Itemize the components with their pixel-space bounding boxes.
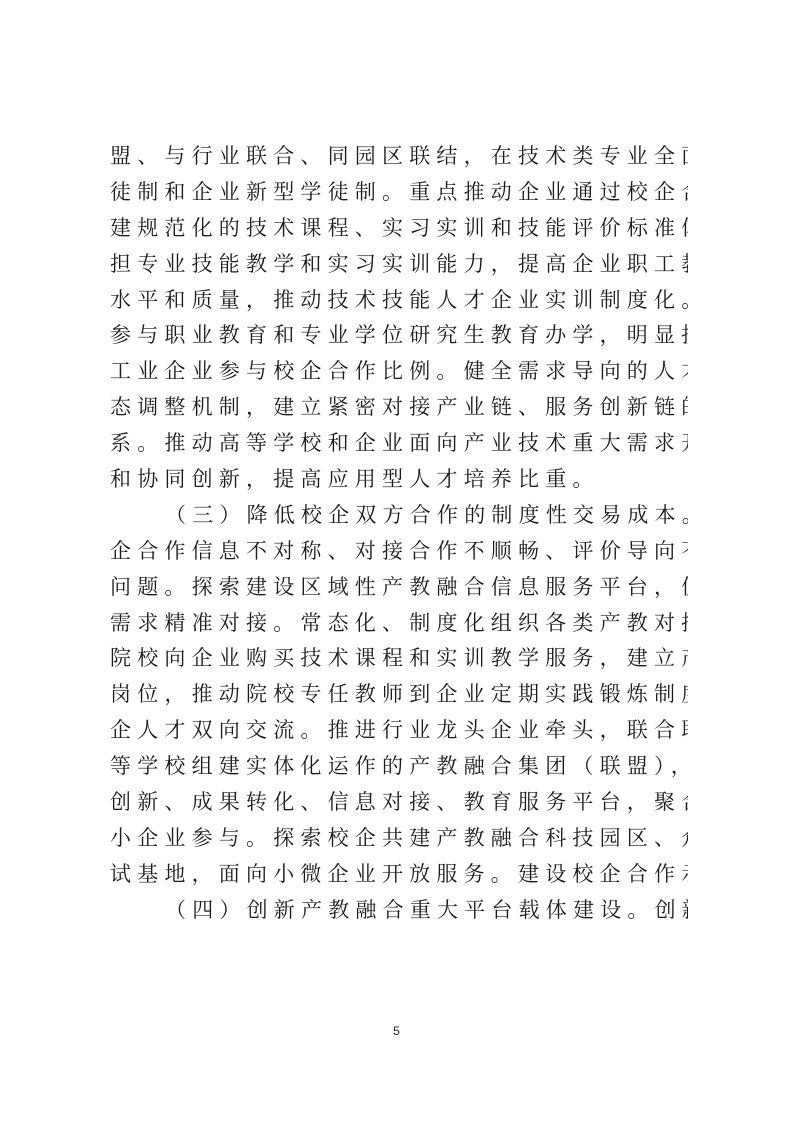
- text-line: 岗位，推动院校专任教师到企业定期实践锻炼制度化，促进校: [110, 677, 688, 713]
- body-text: 盟、与行业联合、同园区联结，在技术类专业全面推行现代学 徒制和企业新型学徒制。重…: [110, 139, 688, 929]
- text-line: 等学校组建实体化运作的产教融合集团（联盟），搭建行业科研: [110, 749, 688, 785]
- text-line: 系。推动高等学校和企业面向产业技术重大需求开展人才培养: [110, 426, 688, 462]
- text-line: 问题。探索建设区域性产教融合信息服务平台，促进校企各类: [110, 570, 688, 606]
- section-heading-line-3: （三）降低校企双方合作的制度性交易成本。重点解决校: [110, 498, 688, 534]
- text-line: 工业企业参与校企合作比例。健全需求导向的人才培养结构动: [110, 354, 688, 390]
- text-line: 试基地，面向小微企业开放服务。建设校企合作示范项目库。: [110, 857, 688, 893]
- text-line: 院校向企业购买技术课程和实训教学服务，建立产业导师特设: [110, 641, 688, 677]
- text-line: 参与职业教育和专业学位研究生教育办学，明显提高规模以上: [110, 318, 688, 354]
- text-line: 创新、成果转化、信息对接、教育服务平台，聚合带动各类中: [110, 785, 688, 821]
- page-number: 5: [0, 1024, 793, 1038]
- text-line: 和协同创新，提高应用型人才培养比重。: [110, 462, 688, 498]
- text-line: 盟、与行业联合、同园区联结，在技术类专业全面推行现代学: [110, 139, 688, 175]
- text-line: 担专业技能教学和实习实训能力，提高企业职工教育培训覆盖: [110, 247, 688, 283]
- document-page: 盟、与行业联合、同园区联结，在技术类专业全面推行现代学 徒制和企业新型学徒制。重…: [0, 0, 793, 1122]
- text-line: 需求精准对接。常态化、制度化组织各类产教对接活动，推动: [110, 606, 688, 642]
- text-line: 企合作信息不对称、对接合作不顺畅、评价导向不一致等突出: [110, 534, 688, 570]
- text-line: 态调整机制，建立紧密对接产业链、服务创新链的学科专业体: [110, 390, 688, 426]
- text-line: 小企业参与。探索校企共建产教融合科技园区、众创空间、中: [110, 821, 688, 857]
- text-line: 水平和质量，推动技术技能人才企业实训制度化。推动大企业: [110, 283, 688, 319]
- section-heading-line-4: （四）创新产教融合重大平台载体建设。创新实训基地建: [110, 893, 688, 929]
- text-line: 建规范化的技术课程、实习实训和技能评价标准体系，提升承: [110, 211, 688, 247]
- text-line: 徒制和企业新型学徒制。重点推动企业通过校企合作等方式构: [110, 175, 688, 211]
- text-line: 企人才双向交流。推进行业龙头企业牵头，联合职业院校、高: [110, 713, 688, 749]
